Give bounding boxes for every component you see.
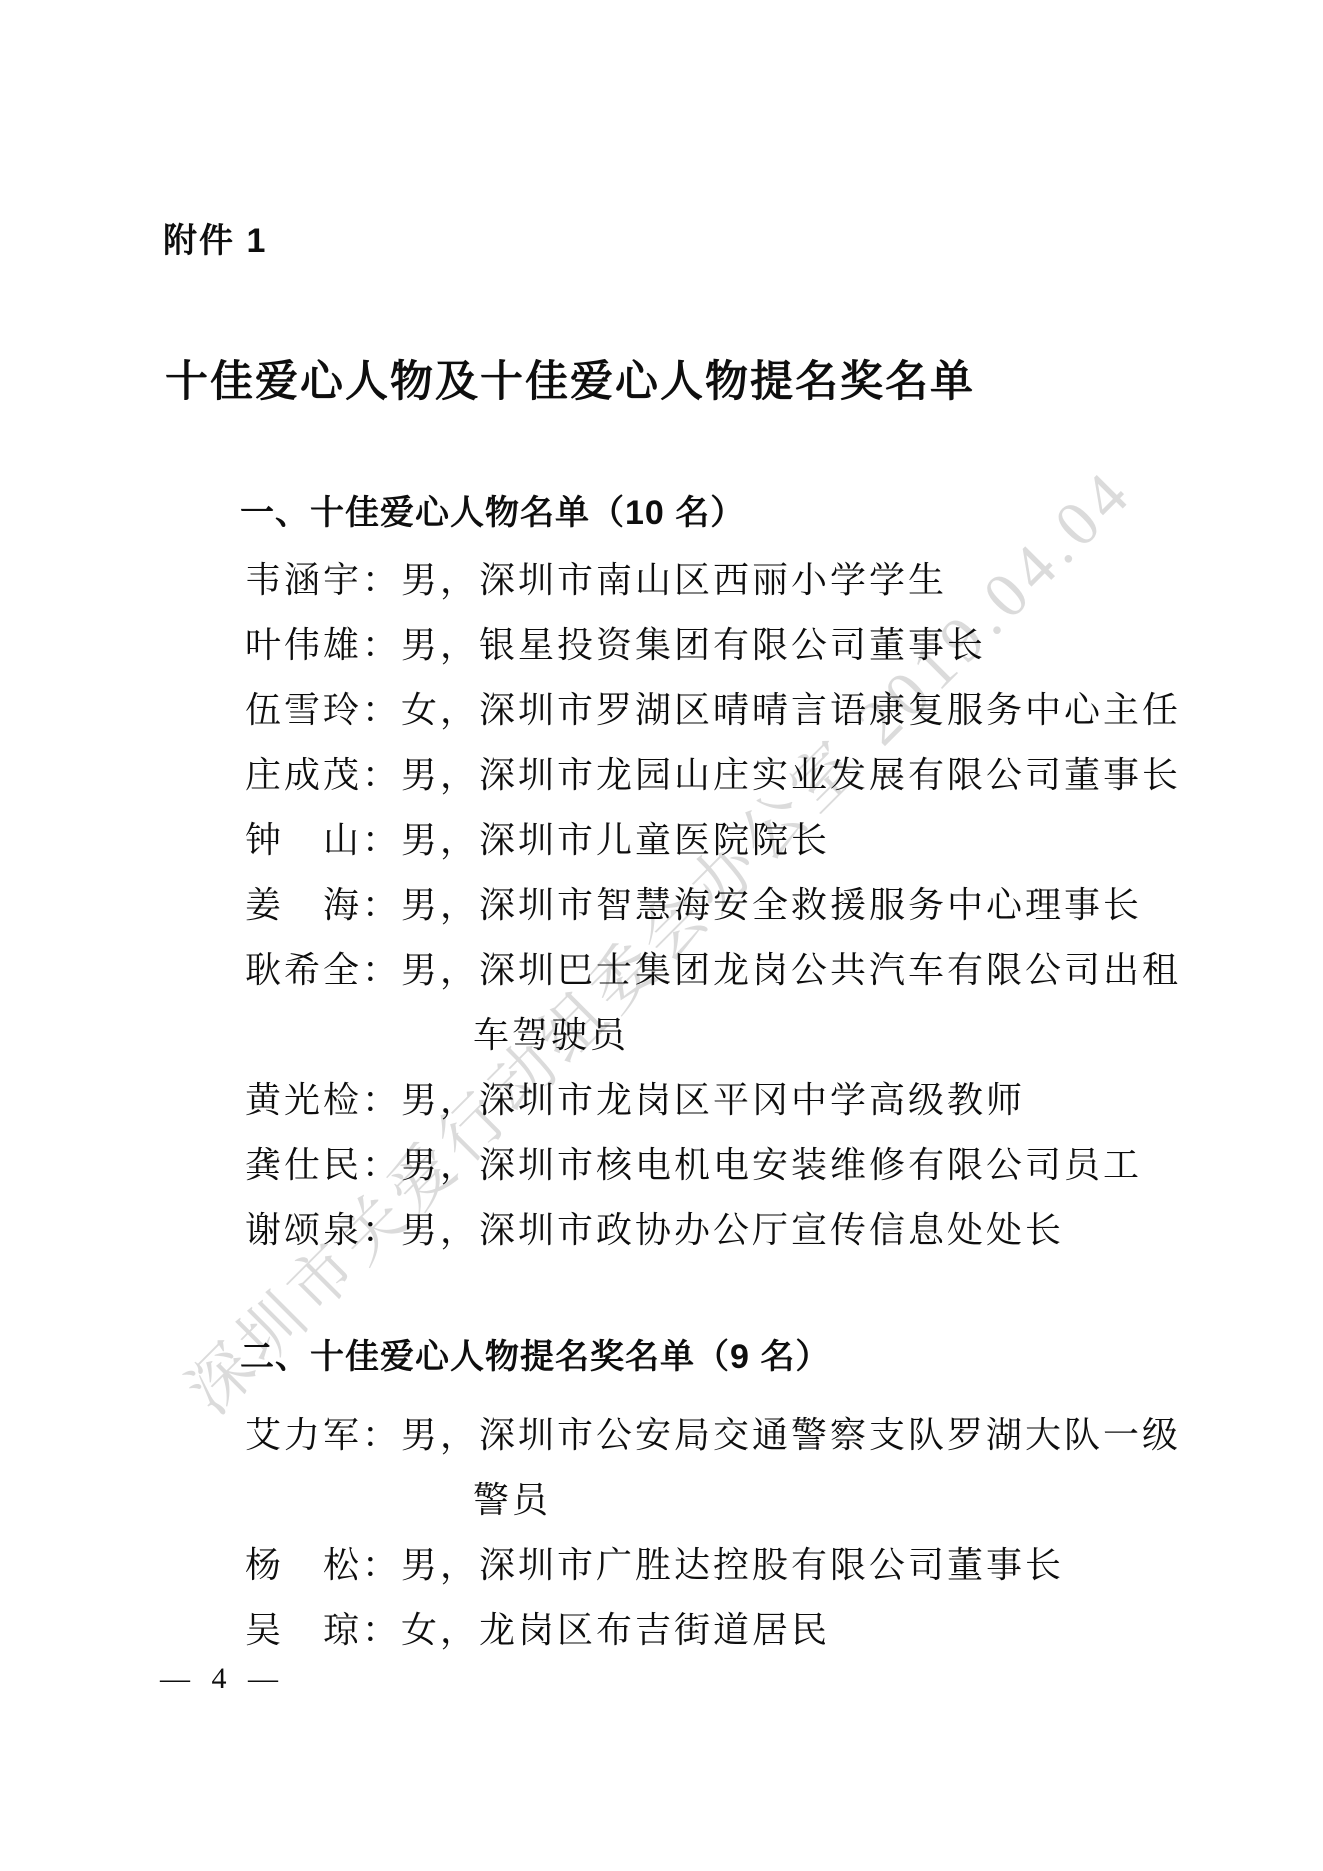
- entry-continuation-line: 车驾驶员: [245, 1003, 1245, 1068]
- section-heading-top-ten: 一、十佳爱心人物名单（10 名）: [240, 490, 745, 536]
- entry-line: 韦涵宇：男，深圳市南山区西丽小学学生: [245, 548, 1245, 613]
- entry-line: 叶伟雄：男，银星投资集团有限公司董事长: [245, 613, 1245, 678]
- document-page: 深圳市关爱行动组委会办公室 2019.04.04 附件 1 十佳爱心人物及十佳爱…: [0, 0, 1323, 1871]
- entry-line: 耿希全：男，深圳巴士集团龙岗公共汽车有限公司出租: [245, 938, 1245, 1003]
- entries-list-top-ten: 韦涵宇：男，深圳市南山区西丽小学学生叶伟雄：男，银星投资集团有限公司董事长伍雪玲…: [245, 548, 1245, 1263]
- page-number-footer: — 4 —: [160, 1658, 285, 1700]
- section-heading-nominees: 二、十佳爱心人物提名奖名单（9 名）: [240, 1334, 830, 1380]
- entry-line: 艾力军：男，深圳市公安局交通警察支队罗湖大队一级: [245, 1403, 1245, 1468]
- entry-line: 姜 海：男，深圳市智慧海安全救援服务中心理事长: [245, 873, 1245, 938]
- entry-line: 杨 松：男，深圳市广胜达控股有限公司董事长: [245, 1533, 1245, 1598]
- entries-list-nominees: 艾力军：男，深圳市公安局交通警察支队罗湖大队一级警员杨 松：男，深圳市广胜达控股…: [245, 1403, 1245, 1663]
- entry-line: 谢颂泉：男，深圳市政协办公厅宣传信息处处长: [245, 1198, 1245, 1263]
- attachment-label: 附件 1: [163, 213, 267, 262]
- entry-line: 吴 琼：女，龙岗区布吉街道居民: [245, 1598, 1245, 1663]
- entry-line: 庄成茂：男，深圳市龙园山庄实业发展有限公司董事长: [245, 743, 1245, 808]
- entry-line: 伍雪玲：女，深圳市罗湖区晴晴言语康复服务中心主任: [245, 678, 1245, 743]
- page-title: 十佳爱心人物及十佳爱心人物提名奖名单: [150, 348, 990, 409]
- entry-line: 黄光检：男，深圳市龙岗区平冈中学高级教师: [245, 1068, 1245, 1133]
- entry-continuation-line: 警员: [245, 1468, 1245, 1533]
- entry-line: 龚仕民：男，深圳市核电机电安装维修有限公司员工: [245, 1133, 1245, 1198]
- entry-line: 钟 山：男，深圳市儿童医院院长: [245, 808, 1245, 873]
